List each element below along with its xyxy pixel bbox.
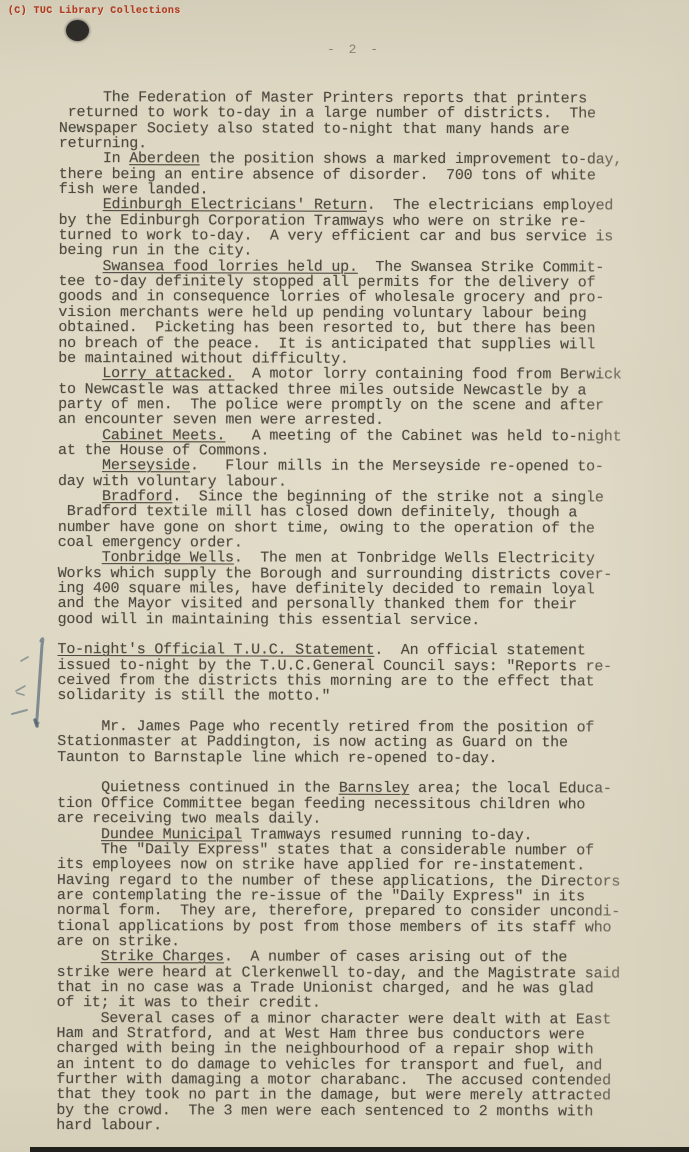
typescript-line: solidarity is still the motto." (57, 688, 620, 705)
typescript-body: The Federation of Master Printers report… (56, 90, 622, 1135)
scanned-document-page: (C) TUC Library Collections - 2 - The Fe… (0, 0, 689, 1152)
copyright-watermark: (C) TUC Library Collections (8, 6, 181, 17)
margin-pencil-mark (8, 630, 62, 742)
hole-punch-mark (66, 20, 89, 41)
page-number: - 2 - (327, 42, 381, 57)
typescript-line: hard labour. (56, 1118, 619, 1135)
typescript-line: good will in maintaining this essential … (58, 612, 621, 629)
scanner-edge-bar (30, 1147, 689, 1152)
typescript-line: Taunton to Barnstaple line which re-open… (57, 750, 620, 767)
